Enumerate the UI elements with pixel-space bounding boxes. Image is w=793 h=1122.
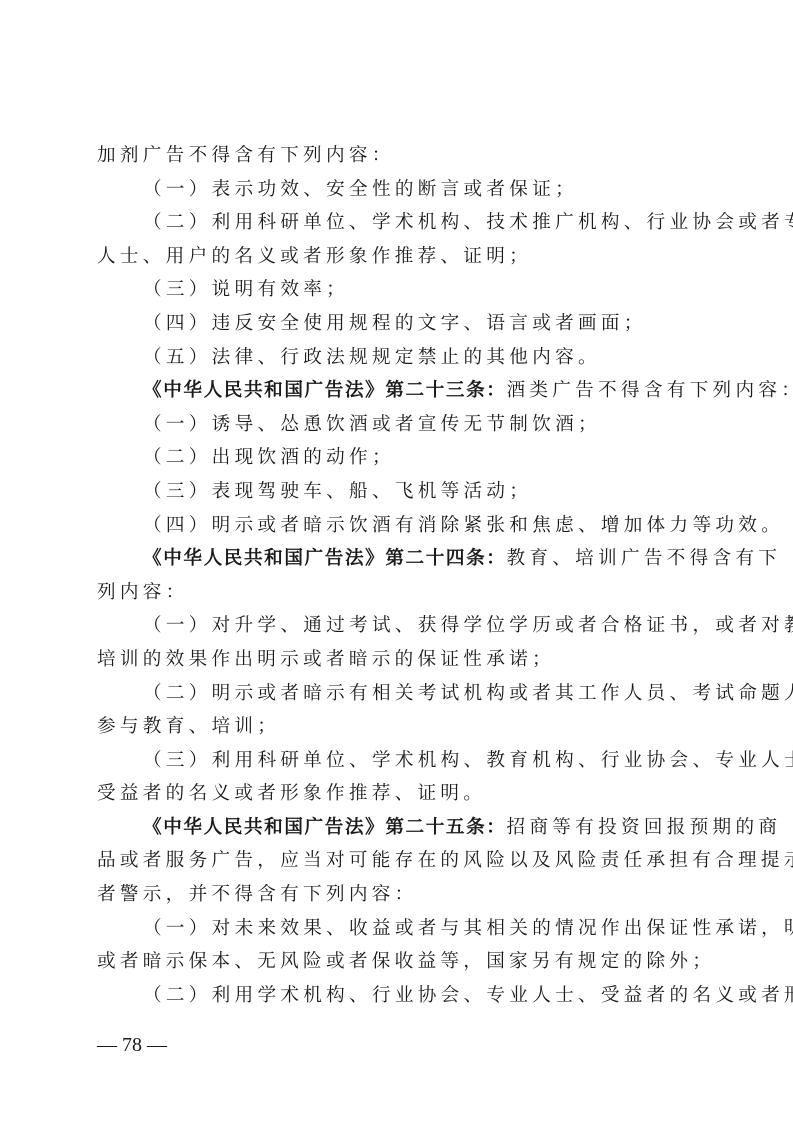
line-text: （四）违反安全使用规程的文字、语言或者画面； <box>143 313 647 334</box>
text-line: 参与教育、培训； <box>97 710 703 744</box>
line-text: （一）对未来效果、收益或者与其相关的情况作出保证性承诺，明示 <box>143 918 793 939</box>
list-item: （二）出现饮酒的动作； <box>97 441 703 475</box>
text-line: 加剂广告不得含有下列内容： <box>97 139 703 173</box>
line-text: （一）诱导、怂恿饮酒或者宣传无节制饮酒； <box>143 414 601 435</box>
list-item: （四）明示或者暗示饮酒有消除紧张和焦虑、增加体力等功效。 <box>97 509 703 543</box>
line-text: （三）利用科研单位、学术机构、教育机构、行业协会、专业人士、 <box>143 750 793 771</box>
article-heading: 《中华人民共和国广告法》第二十四条： <box>143 548 507 569</box>
article-23: 《中华人民共和国广告法》第二十三条：酒类广告不得含有下列内容： <box>97 374 703 408</box>
article-24: 《中华人民共和国广告法》第二十四条：教育、培训广告不得含有下 <box>97 542 703 576</box>
article-25: 《中华人民共和国广告法》第二十五条：招商等有投资回报预期的商 <box>97 811 703 845</box>
line-text: （二）出现饮酒的动作； <box>143 447 395 468</box>
list-item: （一）对升学、通过考试、获得学位学历或者合格证书，或者对教育、 <box>97 609 703 643</box>
list-item: （三）表现驾驶车、船、飞机等活动； <box>97 475 703 509</box>
line-text: （二）明示或者暗示有相关考试机构或者其工作人员、考试命题人员 <box>143 683 793 704</box>
list-item: （五）法律、行政法规规定禁止的其他内容。 <box>97 341 703 375</box>
list-item: （二）利用科研单位、学术机构、技术推广机构、行业协会或者专业 <box>97 206 703 240</box>
list-item: （三）利用科研单位、学术机构、教育机构、行业协会、专业人士、 <box>97 744 703 778</box>
line-text: （三）说明有效率； <box>143 279 349 300</box>
line-text: 教育、培训广告不得含有下 <box>507 548 782 569</box>
line-text: （二）利用学术机构、行业协会、专业人士、受益者的名义或者形象 <box>143 985 793 1006</box>
line-text: 招商等有投资回报预期的商 <box>507 817 782 838</box>
page-number: — 78 — <box>97 1034 167 1057</box>
text-line: 者警示，并不得含有下列内容： <box>97 878 703 912</box>
list-item: （一）表示功效、安全性的断言或者保证； <box>97 173 703 207</box>
line-text: 培训的效果作出明示或者暗示的保证性承诺； <box>97 649 555 670</box>
document-body: 加剂广告不得含有下列内容： （一）表示功效、安全性的断言或者保证； （二）利用科… <box>97 139 703 1012</box>
text-line: 列内容： <box>97 576 703 610</box>
article-heading: 《中华人民共和国广告法》第二十五条： <box>143 817 507 838</box>
article-heading: 《中华人民共和国广告法》第二十三条： <box>143 380 507 401</box>
list-item: （一）诱导、怂恿饮酒或者宣传无节制饮酒； <box>97 408 703 442</box>
line-text: （二）利用科研单位、学术机构、技术推广机构、行业协会或者专业 <box>143 212 793 233</box>
line-text: 品或者服务广告，应当对可能存在的风险以及风险责任承担有合理提示或 <box>97 850 793 871</box>
list-item: （二）利用学术机构、行业协会、专业人士、受益者的名义或者形象 <box>97 979 703 1013</box>
text-line: 或者暗示保本、无风险或者保收益等，国家另有规定的除外； <box>97 945 703 979</box>
line-text: 参与教育、培训； <box>97 716 280 737</box>
line-text: 加剂广告不得含有下列内容： <box>97 145 395 166</box>
line-text: 人士、用户的名义或者形象作推荐、证明； <box>97 246 532 267</box>
line-text: 者警示，并不得含有下列内容： <box>97 884 418 905</box>
line-text: （五）法律、行政法规规定禁止的其他内容。 <box>143 347 601 368</box>
line-text: （一）表示功效、安全性的断言或者保证； <box>143 179 578 200</box>
line-text: （三）表现驾驶车、船、飞机等活动； <box>143 481 532 502</box>
text-line: 品或者服务广告，应当对可能存在的风险以及风险责任承担有合理提示或 <box>97 844 703 878</box>
text-line: 受益者的名义或者形象作推荐、证明。 <box>97 777 703 811</box>
line-text: 列内容： <box>97 582 189 603</box>
list-item: （二）明示或者暗示有相关考试机构或者其工作人员、考试命题人员 <box>97 677 703 711</box>
line-text: （一）对升学、通过考试、获得学位学历或者合格证书，或者对教育、 <box>143 615 793 636</box>
line-text: 或者暗示保本、无风险或者保收益等，国家另有规定的除外； <box>97 951 715 972</box>
text-line: 培训的效果作出明示或者暗示的保证性承诺； <box>97 643 703 677</box>
list-item: （三）说明有效率； <box>97 273 703 307</box>
line-text: （四）明示或者暗示饮酒有消除紧张和焦虑、增加体力等功效。 <box>143 515 784 536</box>
list-item: （四）违反安全使用规程的文字、语言或者画面； <box>97 307 703 341</box>
text-line: 人士、用户的名义或者形象作推荐、证明； <box>97 240 703 274</box>
line-text: 受益者的名义或者形象作推荐、证明。 <box>97 783 486 804</box>
line-text: 酒类广告不得含有下列内容： <box>507 380 793 401</box>
list-item: （一）对未来效果、收益或者与其相关的情况作出保证性承诺，明示 <box>97 912 703 946</box>
